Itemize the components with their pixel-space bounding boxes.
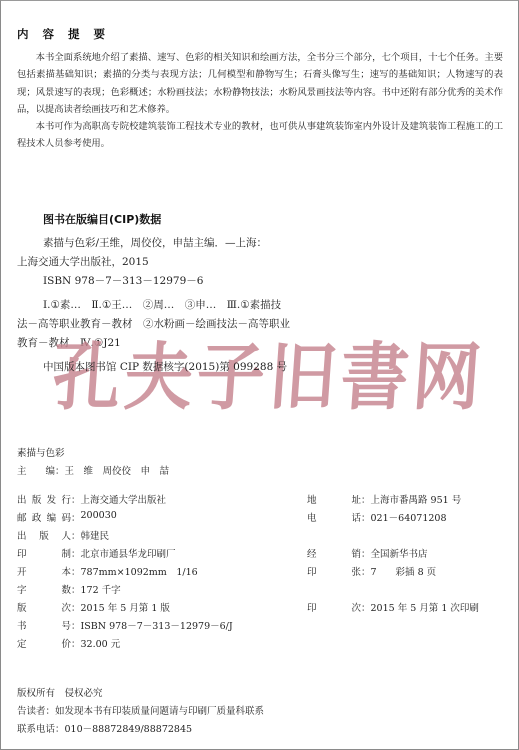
left-row: 版次：2015 年 5 月第 1 版 [17,600,170,614]
left-row: 出版人：韩建民 [17,528,109,542]
label-char: 版 [17,600,27,614]
label-char: 印 [307,600,317,614]
contact-phone: 联系电话：010－88872849/88872845 [17,721,192,735]
label-char: 址 [351,492,361,506]
label-char: 经 [307,546,317,560]
label-char: 本 [61,564,71,578]
left-row: 邮政编码：200030 [17,510,117,524]
reader-notice: 告读者：如发现本书有印装质量问题请与印刷厂质量科联系 [17,703,264,717]
label-colon: ： [361,510,371,524]
left-row: 定价：32.00 元 [17,636,120,650]
label-char: 价 [61,636,71,650]
label-char: 码 [61,510,71,524]
right-label: 印张 [307,564,361,578]
label-char: 印 [307,564,317,578]
label-char: 定 [17,636,27,650]
label-char: 开 [17,564,27,578]
label-char: 版 [32,492,42,506]
right-row: 电话：021－64071208 [307,510,447,524]
label-colon: ： [71,492,81,506]
label-colon: ： [71,546,81,560]
label-colon: ： [361,600,371,614]
label-char: 书 [17,618,27,632]
left-label: 印制 [17,546,71,560]
label-char: 话 [351,510,361,524]
summary-paragraph-2: 本书可作为高职高专院校建筑装饰工程技术专业的教材，也可供从事建筑装饰室内外设计及… [17,118,503,153]
left-value: 上海交通大学出版社 [81,492,167,506]
label-char: 版 [39,528,49,542]
left-value: 172 千字 [81,582,121,596]
label-char: 印 [17,546,27,560]
label-colon: ： [71,510,81,524]
book-title: 素描与色彩 [17,445,65,459]
left-value: ISBN 978－7－313－12979－6/J [81,618,233,632]
label-char: 制 [61,546,71,560]
label-colon: ： [361,546,371,560]
right-label: 地址 [307,492,361,506]
label-char: 数 [61,582,71,596]
cip-line-3: ISBN 978－7－313－12979－6 [43,273,203,288]
label-char: 出 [17,528,27,542]
cip-core-number: 中国版本图书馆 CIP 数据核字(2015)第 099288 号 [43,359,287,374]
label-char: 发 [47,492,57,506]
editors-row: 主 编：王 维 周佼佼 申 喆 [17,463,169,477]
left-value: 2015 年 5 月第 1 版 [81,600,170,614]
left-label: 字数 [17,582,71,596]
left-value: 北京市通县华龙印刷厂 [81,546,176,560]
summary-title: 内 容 提 要 [17,26,110,42]
label-colon: ： [71,618,81,632]
editors-label: 主 编： [17,466,65,477]
left-value: 787mm×1092mm 1/16 [81,564,198,578]
left-label: 定价 [17,636,71,650]
label-char: 字 [17,582,27,596]
left-label: 开本 [17,564,71,578]
cip-line-2: 上海交通大学出版社，2015 [17,254,149,269]
label-colon: ： [71,600,81,614]
cip-line-6: 教育－教材 Ⅳ.①J21 [17,335,121,350]
label-char: 销 [351,546,361,560]
label-char: 次 [351,600,361,614]
left-row: 出版发行：上海交通大学出版社 [17,492,166,506]
cip-line-1: 素描与色彩/王维，周佼佼，申喆主编．—上海： [43,235,267,250]
left-value: 200030 [81,510,117,524]
right-label: 电话 [307,510,361,524]
label-char: 邮 [17,510,27,524]
right-row: 印张：7 彩插 8 页 [307,564,436,578]
left-row: 印制：北京市通县华龙印刷厂 [17,546,176,560]
right-value: 上海市番禺路 951 号 [371,492,462,506]
label-char: 政 [32,510,42,524]
left-label: 书号 [17,618,71,632]
left-label: 版次 [17,600,71,614]
label-colon: ： [71,564,81,578]
cip-line-4: Ⅰ.①素… Ⅱ.①王… ②周… ③申… Ⅲ.①素描技 [43,297,281,312]
left-value: 韩建民 [81,528,110,542]
cip-title: 图书在版编目(CIP)数据 [43,211,161,227]
left-row: 开本：787mm×1092mm 1/16 [17,564,198,578]
left-label: 出版人 [17,528,71,542]
label-char: 张 [351,564,361,578]
rights-notice: 版权所有 侵权必究 [17,685,103,699]
left-row: 书号：ISBN 978－7－313－12979－6/J [17,618,233,632]
label-char: 出 [17,492,27,506]
right-row: 印次：2015 年 5 月第 1 次印刷 [307,600,479,614]
label-colon: ： [361,564,371,578]
right-value: 021－64071208 [371,510,447,524]
summary-body: 本书全面系统地介绍了素描、速写、色彩的相关知识和绘画方法，全书分三个部分，七个项… [17,49,503,153]
left-label: 邮政编码 [17,510,71,524]
left-value: 32.00 元 [81,636,121,650]
label-char: 次 [61,600,71,614]
right-value: 7 彩插 8 页 [371,564,437,578]
right-row: 地址：上海市番禺路 951 号 [307,492,461,506]
label-char: 电 [307,510,317,524]
right-value: 2015 年 5 月第 1 次印刷 [371,600,479,614]
label-colon: ： [71,636,81,650]
label-colon: ： [71,582,81,596]
label-char: 编 [47,510,57,524]
label-colon: ： [71,528,81,542]
label-char: 行 [61,492,71,506]
copyright-page: 内 容 提 要 本书全面系统地介绍了素描、速写、色彩的相关知识和绘画方法，全书分… [0,0,519,750]
right-row: 经销：全国新华书店 [307,546,428,560]
left-label: 出版发行 [17,492,71,506]
right-value: 全国新华书店 [371,546,428,560]
editors-value: 王 维 周佼佼 申 喆 [65,466,170,477]
label-colon: ： [361,492,371,506]
cip-line-5: 法－高等职业教育－教材 ②水粉画－绘画技法－高等职业 [17,316,290,331]
summary-paragraph-1: 本书全面系统地介绍了素描、速写、色彩的相关知识和绘画方法，全书分三个部分，七个项… [17,49,503,118]
left-row: 字数：172 千字 [17,582,121,596]
label-char: 地 [307,492,317,506]
right-label: 印次 [307,600,361,614]
label-char: 人 [61,528,71,542]
label-char: 号 [61,618,71,632]
right-label: 经销 [307,546,361,560]
